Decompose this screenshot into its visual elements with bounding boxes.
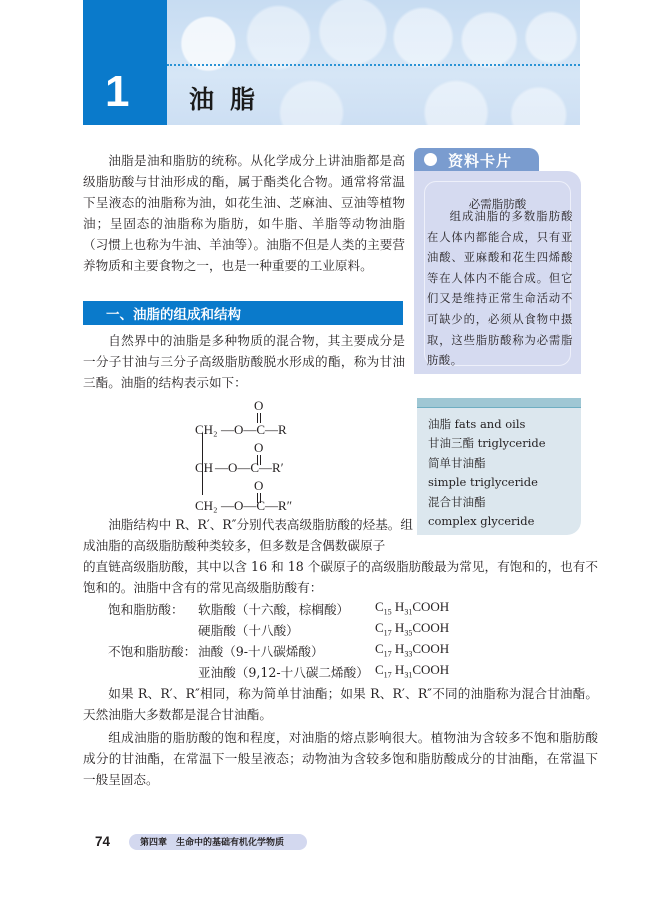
- intro-paragraph: 油脂是油和脂肪的统称。从化学成分上讲油脂都是高级脂肪酸与甘油形成的酯，属于酯类化…: [83, 150, 405, 276]
- info-card-tab: 资料卡片: [414, 148, 539, 171]
- chapter-footer-label: 第四章 生命中的基础有机化学物质: [140, 835, 284, 848]
- vocab-item: complex glyceride: [428, 512, 578, 531]
- formula-row-1-left: CH₂: [195, 422, 218, 438]
- bullet-circle-icon: [424, 153, 437, 166]
- fatty-acid-row: 硬脂酸（十八酸） C17 H35COOH: [108, 620, 508, 640]
- fatty-acid-row: 不饱和脂肪酸： 油酸（9-十八碳烯酸） C17 H33COOH: [108, 641, 508, 661]
- vocabulary-box-top-bar: [417, 398, 581, 408]
- vocabulary-list: 油脂 fats and oils 甘油三酯 triglyceride 简单甘油酯…: [428, 415, 578, 531]
- fatty-acid-name: 硬脂酸（十八酸）: [198, 620, 299, 639]
- formula-row-3-left: CH₂: [195, 498, 218, 514]
- section-heading-bar: 一、油脂的组成和结构: [83, 301, 403, 325]
- page-number: 74: [95, 834, 110, 849]
- formula-row-2-chain: —O—C—R′: [215, 460, 284, 476]
- simple-mixed-glyceride-paragraph: 如果 R、R′、R″相同，称为简单甘油酯；如果 R、R′、R″不同的油脂称为混合…: [83, 683, 598, 725]
- formula-row-1-chain: —O—C—R: [221, 422, 287, 438]
- section-number: 1: [105, 70, 129, 114]
- fatty-acid-name: 软脂酸（十六酸，棕榈酸）: [198, 599, 349, 618]
- vocab-item: 简单甘油酯: [428, 454, 578, 473]
- vocab-item: simple triglyceride: [428, 473, 578, 492]
- chapter-footer-pill: 第四章 生命中的基础有机化学物质: [129, 834, 307, 850]
- vocab-item: 甘油三酯 triglyceride: [428, 434, 578, 453]
- structure-paragraph-a: 油脂结构中 R、R′、R″分别代表高级脂肪酸的烃基。组成油脂的高级脂肪酸种类较多…: [83, 514, 413, 556]
- fatty-acid-formula: C17 H31COOH: [375, 662, 449, 680]
- fatty-acid-name: 油酸（9-十八碳烯酸）: [198, 641, 324, 660]
- formula-row-2-left: CH: [195, 460, 213, 476]
- vocabulary-box: 油脂 fats and oils 甘油三酯 triglyceride 简单甘油酯…: [417, 398, 581, 535]
- structure-paragraph-b: 的直链高级脂肪酸，其中以含 16 和 18 个碳原子的高级脂肪酸最为常见，有饱和…: [83, 556, 598, 598]
- formula-row-3-chain: —O—C—R″: [221, 498, 292, 514]
- formula-carbonyl-o-3: O: [254, 478, 263, 494]
- info-card-tab-label: 资料卡片: [448, 150, 512, 171]
- page-title: 油脂: [189, 80, 271, 116]
- info-card: 资料卡片 必需脂肪酸 组成油脂的多数脂肪酸在人体内都能合成，只有亚油酸、亚麻酸和…: [414, 148, 581, 374]
- formula-carbonyl-o-2: O: [254, 440, 263, 456]
- header-dotted-divider: [167, 64, 580, 66]
- saturation-paragraph: 组成油脂的脂肪酸的饱和程度，对油脂的熔点影响很大。植物油为含较多不饱和脂肪酸成分…: [83, 727, 598, 790]
- section-paragraph: 自然界中的油脂是多种物质的混合物，其主要成分是一分子甘油与三分子高级脂肪酸脱水形…: [83, 330, 405, 393]
- triglyceride-structure-formula: O CH₂ —O—C—R O CH —O—C—R′ O CH₂ —O—C—R″: [193, 398, 353, 518]
- fatty-acid-formula: C15 H31COOH: [375, 599, 449, 617]
- section-number-block: 1: [83, 0, 167, 125]
- chapter-header: 1 油脂: [83, 0, 580, 125]
- fatty-acid-category: 饱和脂肪酸：: [108, 599, 184, 618]
- fatty-acid-formula: C17 H33COOH: [375, 641, 449, 659]
- info-card-body: 必需脂肪酸 组成油脂的多数脂肪酸在人体内都能合成，只有亚油酸、亚麻酸和花生四烯酸…: [414, 171, 581, 374]
- fatty-acid-row: 饱和脂肪酸： 软脂酸（十六酸，棕榈酸） C15 H31COOH: [108, 599, 508, 619]
- fatty-acid-name: 亚油酸（9,12-十八碳二烯酸）: [198, 662, 369, 681]
- vocab-item: 油脂 fats and oils: [428, 415, 578, 434]
- formula-carbonyl-o-1: O: [254, 398, 263, 414]
- vocab-item: 混合甘油酯: [428, 493, 578, 512]
- fatty-acid-formula: C17 H35COOH: [375, 620, 449, 638]
- fatty-acid-category: 不饱和脂肪酸：: [108, 641, 196, 660]
- info-card-text: 组成油脂的多数脂肪酸在人体内都能合成，只有亚油酸、亚麻酸和花生四烯酸等在人体内不…: [427, 207, 573, 372]
- section-heading: 一、油脂的组成和结构: [106, 303, 241, 323]
- fatty-acid-row: 亚油酸（9,12-十八碳二烯酸） C17 H31COOH: [108, 662, 508, 682]
